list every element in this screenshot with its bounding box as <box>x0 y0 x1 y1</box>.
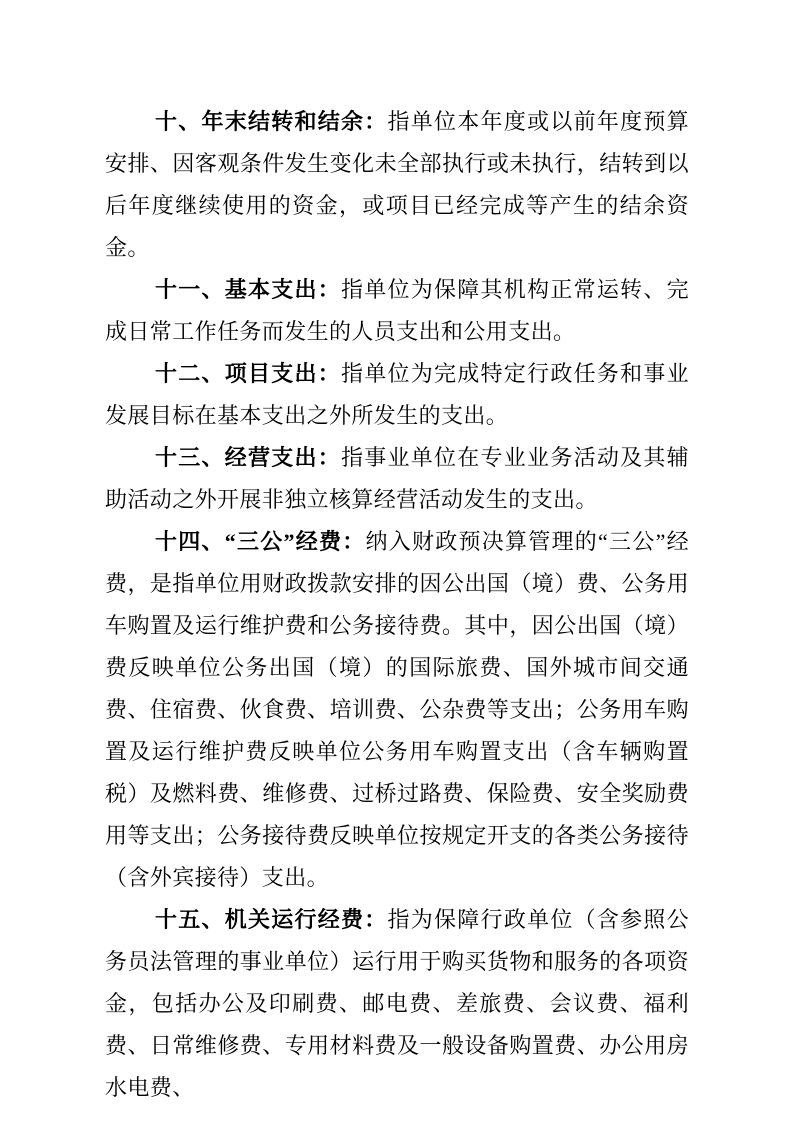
term-definition: 指为保障行政单位（含参照公务员法管理的事业单位）运行用于购买货物和服务的各项资金… <box>105 907 689 1100</box>
term-label: 十一、基本支出： <box>155 277 341 302</box>
term-label: 十四、“三公”经费： <box>155 529 366 554</box>
definition-paragraph-15: 十五、机关运行经费：指为保障行政单位（含参照公务员法管理的事业单位）运行用于购买… <box>105 899 689 1109</box>
term-label: 十二、项目支出： <box>155 361 341 386</box>
term-definition: 纳入财政预决算管理的“三公”经费，是指单位用财政拨款安排的因公出国（境）费、公务… <box>105 529 689 890</box>
definition-paragraph-12: 十二、项目支出：指单位为完成特定行政任务和事业发展目标在基本支出之外所发生的支出… <box>105 353 689 437</box>
definition-paragraph-10: 十、年末结转和结余：指单位本年度或以前年度预算安排、因客观条件发生变化未全部执行… <box>105 101 689 269</box>
term-label: 十、年末结转和结余： <box>155 109 388 134</box>
term-label: 十三、经营支出： <box>155 445 341 470</box>
definition-paragraph-13: 十三、经营支出：指事业单位在专业业务活动及其辅助活动之外开展非独立核算经营活动发… <box>105 437 689 521</box>
definition-paragraph-14: 十四、“三公”经费：纳入财政预决算管理的“三公”经费，是指单位用财政拨款安排的因… <box>105 521 689 899</box>
document-page: 十、年末结转和结余：指单位本年度或以前年度预算安排、因客观条件发生变化未全部执行… <box>0 0 793 1122</box>
definition-paragraph-11: 十一、基本支出：指单位为保障其机构正常运转、完成日常工作任务而发生的人员支出和公… <box>105 269 689 353</box>
term-label: 十五、机关运行经费： <box>155 907 388 932</box>
